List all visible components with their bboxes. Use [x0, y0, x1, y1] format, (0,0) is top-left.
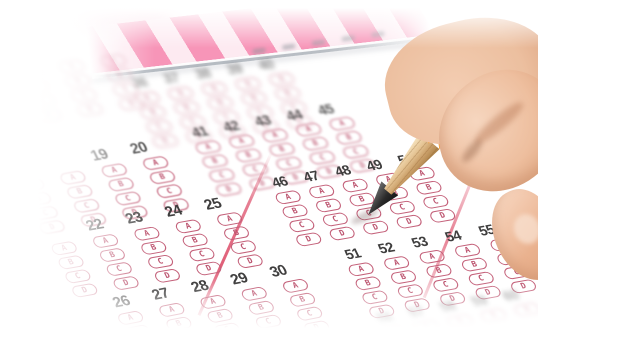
answer-bubble: B — [267, 142, 296, 157]
question-number: 53 — [405, 232, 434, 251]
answer-bubble: D — [395, 214, 424, 229]
answer-bubble: D — [294, 232, 323, 247]
question-number: 42 — [217, 117, 246, 136]
answer-bubble: C — [187, 247, 216, 262]
answer-bubble: A — [174, 219, 203, 234]
answer-bubble: A — [261, 128, 290, 143]
answer-bubble: B — [460, 257, 489, 272]
answer-bubble: A — [274, 190, 303, 205]
question-number: 40 — [252, 55, 280, 73]
question-number: 47 — [297, 167, 326, 186]
answer-bubble: D — [214, 182, 243, 197]
photo-area: AAAAA BBBBB CCCCC DDDDD 1920 AAAAA BBBBB… — [0, 0, 538, 352]
answer-bubble: D — [151, 134, 180, 149]
question-number: 44 — [280, 106, 309, 125]
answer-bubble: B — [206, 96, 235, 111]
answer-bubble: B — [240, 91, 269, 106]
answer-bubble: C — [229, 239, 258, 254]
answer-bubble: C — [155, 183, 184, 198]
answer-bubble: A — [267, 72, 296, 87]
question-number: 49 — [360, 156, 389, 175]
answer-bubble: C — [321, 212, 350, 227]
answer-bubble: A — [200, 81, 229, 96]
answer-bubble: D — [194, 261, 223, 276]
photo: AAAAA BBBBB CCCCC DDDDD 1920 AAAAA BBBBB… — [0, 0, 640, 360]
answer-bubble: B — [222, 225, 251, 240]
question-number: 39 — [220, 60, 248, 78]
answer-bubble: B — [181, 233, 210, 248]
question-number: 51 — [338, 244, 367, 263]
question-number: 52 — [371, 238, 400, 257]
question-number: 24 — [159, 202, 188, 221]
answer-bubble: A — [347, 262, 376, 277]
answer-bubble: A — [328, 116, 357, 131]
question-number: 43 — [248, 111, 277, 130]
question-number: 38 — [188, 64, 216, 82]
question-number: 25 — [199, 195, 228, 214]
answer-bubble: A — [307, 184, 336, 199]
question-number: 48 — [328, 161, 357, 180]
top-fade — [0, 0, 538, 48]
bottom-fade — [0, 282, 538, 352]
answer-bubble: A — [453, 243, 482, 258]
answer-bubble: A — [166, 86, 195, 101]
answer-bubble: A — [294, 122, 323, 137]
answer-bubble: C — [207, 168, 236, 183]
answer-bubble: B — [234, 148, 263, 163]
answer-bubble: A — [234, 77, 263, 92]
answer-bubble: B — [424, 263, 453, 278]
answer-bubble: B — [201, 154, 230, 169]
answer-bubble: B — [172, 100, 201, 115]
answer-bubble: B — [281, 204, 310, 219]
answer-bubble: D — [328, 226, 357, 241]
answer-bubble: B — [334, 130, 363, 145]
answer-bubble: A — [194, 140, 223, 155]
answer-bubble: D — [361, 220, 390, 235]
answer-bubble: B — [273, 86, 302, 101]
answer-bubble: C — [287, 218, 316, 233]
question-number: 37 — [157, 68, 185, 86]
question-number: 45 — [311, 100, 340, 119]
answer-bubble: B — [301, 136, 330, 151]
answer-bubble: C — [421, 194, 450, 209]
question-number: 54 — [438, 226, 467, 245]
question-number: 30 — [264, 262, 293, 281]
answer-bubble: A — [341, 178, 370, 193]
answer-bubble: A — [227, 134, 256, 149]
answer-bubble: A — [382, 255, 411, 270]
answer-bubble: B — [414, 180, 443, 195]
answer-bubble: A — [215, 211, 244, 226]
answer-bubble: A — [418, 249, 447, 264]
answer-bubble: B — [314, 198, 343, 213]
